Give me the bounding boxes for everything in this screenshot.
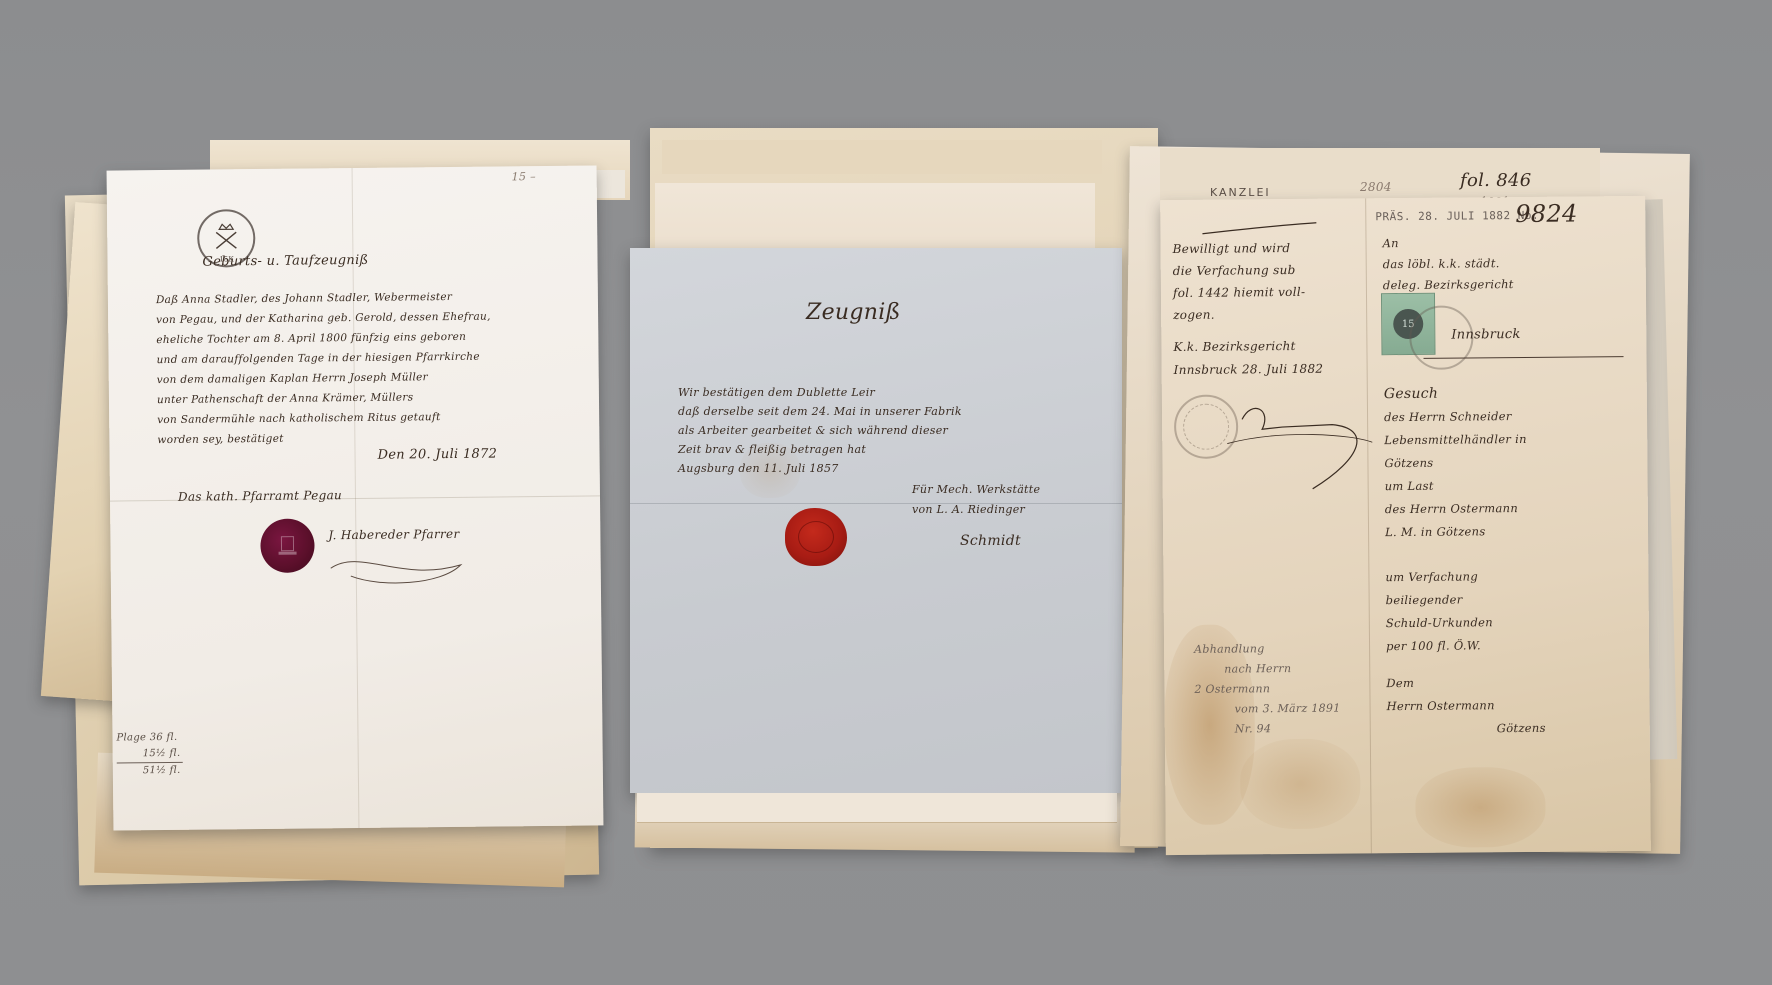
crown-crossed-swords-icon: [206, 218, 246, 258]
pencil-number: 2804: [1360, 180, 1392, 194]
petition-line: Lebensmittelhändler in: [1384, 428, 1543, 452]
water-stain: [1415, 767, 1546, 848]
document-title: Zeugniß: [806, 300, 901, 325]
parish-office-line: Das kath. Pfarramt Pegau: [178, 488, 342, 504]
petition-line: Herrn Ostermann: [1386, 694, 1545, 718]
petition-line: um Last: [1385, 474, 1544, 498]
note-line: nach Herrn: [1194, 659, 1340, 680]
middle-stack-bottom-cream: [637, 793, 1117, 823]
judge-signature-icon: [1222, 398, 1383, 509]
corner-pencil-note: 15 –: [512, 170, 536, 183]
note-line: 51½ fl.: [117, 762, 183, 780]
court-date: Innsbruck 28. Juli 1882: [1174, 362, 1324, 377]
fold-line: [630, 503, 1122, 504]
body-line: Zeit brav & fleißig betragen hat: [678, 440, 962, 459]
body-line: daß derselbe seit dem 24. Mai in unserer…: [678, 402, 962, 421]
petition-body: Gesuch des Herrn Schneider Lebensmittelh…: [1384, 382, 1546, 741]
body-line: als Arbeiter gearbeitet & sich während d…: [678, 421, 962, 440]
firm-line: von L. A. Riedinger: [912, 500, 1040, 520]
petition-line: des Herrn Ostermann: [1385, 497, 1544, 521]
right-document-court-petition: PRÄS. 28. JULI 1882 No. 9824 Bewilligt u…: [1160, 196, 1651, 855]
approval-line: zogen.: [1173, 303, 1306, 326]
petition-line: per 100 fl. Ö.W.: [1386, 634, 1545, 658]
registry-number: 9824: [1515, 199, 1578, 228]
fold-line: [1365, 198, 1372, 853]
note-line: Abhandlung: [1194, 639, 1340, 660]
document-title: Geburts- u. Taufzeugniß: [202, 253, 368, 270]
approval-line: fol. 1442 hiemit voll-: [1173, 281, 1306, 304]
firm-name: Für Mech. Werkstätte von L. A. Riedinger: [912, 480, 1040, 520]
red-wax-seal-icon: [785, 508, 847, 566]
pastor-signature: J. Habereder Pfarrer: [328, 527, 459, 542]
signature-flourish-icon: [321, 547, 471, 589]
court-name: K.k. Bezirksgericht: [1173, 339, 1295, 354]
city-name: Innsbruck: [1451, 327, 1520, 343]
approval-line: Bewilligt und wird: [1172, 237, 1305, 260]
middle-stack-cream-sheet: [655, 183, 1095, 251]
petition-line: um Verfachung: [1385, 565, 1544, 589]
middle-document-work-certificate: Zeugniß Wir bestätigen dem Dublette Leir…: [630, 248, 1122, 793]
approval-line: die Verfachung sub: [1173, 259, 1306, 282]
note-line: 2 Ostermann: [1194, 679, 1340, 700]
note-line: Plage 36 fl.: [116, 730, 182, 747]
petition-line: des Herrn Schneider: [1384, 405, 1543, 429]
signature: Schmidt: [960, 533, 1021, 549]
firm-line: Für Mech. Werkstätte: [912, 480, 1040, 500]
date-line: Den 20. Juli 1872: [377, 447, 497, 463]
note-line: 15½ fl.: [117, 746, 183, 763]
left-document-baptism-certificate: 15K 15 – Geburts- u. Taufzeugniß Daß Ann…: [107, 165, 604, 830]
folio-number: fol. 846: [1460, 170, 1531, 191]
petition-line: Götzens: [1387, 717, 1546, 741]
kanzlei-label: KANZLEI: [1210, 186, 1271, 199]
address-line: deleg. Bezirksgericht: [1383, 274, 1514, 296]
petition-address: An das löbl. k.k. städt. deleg. Bezirksg…: [1382, 232, 1513, 296]
note-line: Nr. 94: [1195, 719, 1341, 740]
address-line: das löbl. k.k. städt.: [1383, 253, 1514, 275]
petition-line: Götzens: [1384, 451, 1543, 475]
body-line: Wir bestätigen dem Dublette Leir: [678, 383, 962, 402]
margin-calculation-note: Plage 36 fl. 15½ fl. 51½ fl.: [116, 730, 183, 780]
approval-text: Bewilligt und wird die Verfachung sub fo…: [1172, 237, 1305, 326]
note-line: vom 3. März 1891: [1195, 699, 1341, 720]
petition-line: Schuld-Urkunden: [1386, 611, 1545, 635]
pencil-estate-note: Abhandlung nach Herrn 2 Ostermann vom 3.…: [1194, 639, 1341, 740]
document-body: Daß Anna Stadler, des Johann Stadler, We…: [156, 287, 492, 450]
petition-line: beiliegender: [1386, 588, 1545, 612]
address-line: An: [1382, 232, 1513, 254]
body-line: Augsburg den 11. Juli 1857: [678, 459, 962, 478]
petition-line: L. M. in Götzens: [1385, 520, 1544, 544]
petition-line: Dem: [1386, 671, 1545, 695]
body-line: und am darauffolgenden Tage in der hiesi…: [156, 347, 491, 371]
middle-stack-flap: [662, 140, 1102, 174]
document-body: Wir bestätigen dem Dublette Leir daß der…: [678, 383, 962, 478]
purple-wax-seal-icon: [260, 518, 315, 573]
water-stain: [1240, 738, 1361, 829]
petition-heading: Gesuch: [1384, 382, 1543, 406]
